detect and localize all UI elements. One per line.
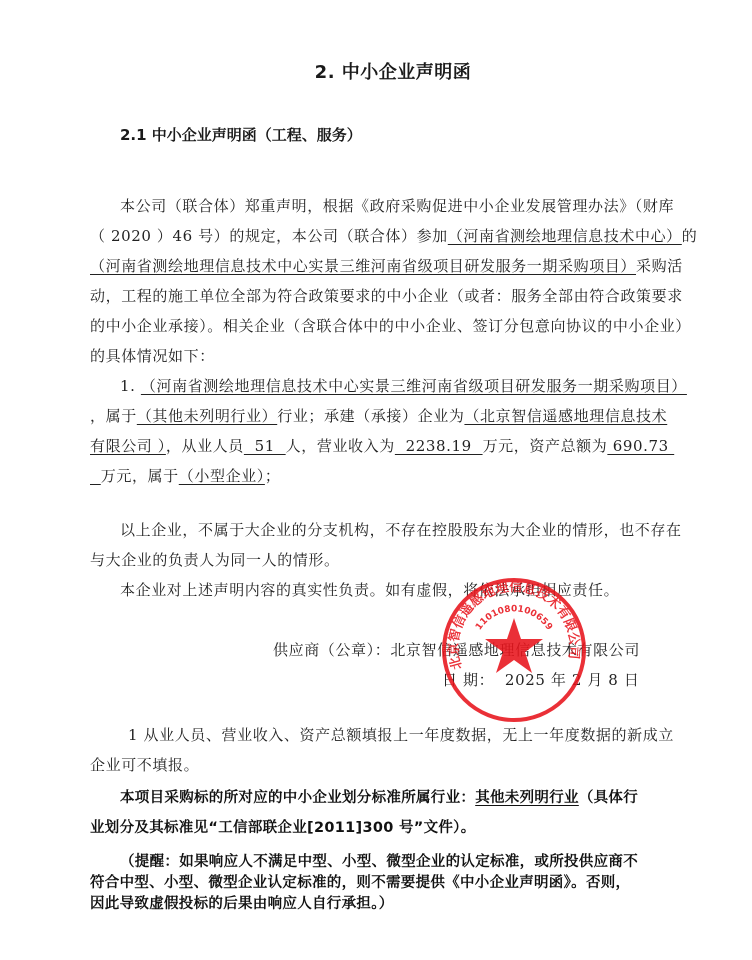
statement-line-1: 以上企业，不属于大企业的分支机构，不存在控股股东为大企业的情形，也不存在 — [120, 520, 682, 540]
assets-unit: 万元，属于 — [101, 467, 179, 485]
project-name: （河南省测绘地理信息技术中心实景三维河南省级项目研发服务一期采购项目） — [90, 257, 636, 275]
assets-value: 690.73 — [607, 437, 674, 455]
revenue-value: 2238.19 — [395, 437, 483, 455]
industry-note-pre: 本项目采购标的所对应的中小企业划分标准所属行业： — [120, 790, 475, 806]
section-heading: 2.1 中小企业声明函（工程、服务） — [120, 124, 362, 145]
assets-pad — [90, 467, 101, 485]
intro-line-2-post: 的 — [682, 227, 698, 245]
item-number: 1. — [120, 377, 136, 395]
footnote-line-1: 1 从业人员、营业收入、资产总额填报上一年度数据，无上一年度数据的新成立 — [128, 725, 674, 745]
staff-label: ，从业人员 — [166, 437, 244, 455]
intro-line-6: 的具体情况如下： — [90, 346, 215, 366]
industry-post: 行业；承建（承接）企业为 — [277, 407, 464, 425]
page-title: 2. 中小企业声明函 — [0, 58, 752, 84]
intro-line-3: （河南省测绘地理信息技术中心实景三维河南省级项目研发服务一期采购项目）采购活 — [90, 256, 683, 276]
item1-line-4: 万元，属于（小型企业）； — [90, 466, 280, 486]
statement-line-2: 与大企业的负责人为同一人的情形。 — [90, 550, 340, 570]
belongs-label: ，属于 — [90, 407, 137, 425]
industry-value: （其他未列明行业） — [137, 407, 277, 425]
item1-line-2: ，属于（其他未列明行业）行业；承建（承接）企业为（北京智信遥感地理信息技术 — [90, 406, 667, 426]
item1-line-3: 有限公司 ），从业人员 51 人，营业收入为 2238.19 万元，资产总额为 … — [90, 436, 674, 456]
intro-line-2: （ 2020 ）46 号）的规定，本公司（联合体）参加（河南省测绘地理信息技术中… — [90, 226, 697, 246]
reminder-line-1: （提醒：如果响应人不满足中型、小型、微型企业的认定标准，或所投供应商不 — [120, 850, 638, 871]
industry-note-line-2: 业划分及其标准见“工信部联企业[2011]300 号”文件）。 — [90, 816, 476, 837]
staff-count: 51 — [244, 437, 286, 455]
staff-unit: 人，营业收入为 — [286, 437, 395, 455]
footnote-line-2: 企业可不填报。 — [90, 755, 199, 775]
intro-line-1: 本公司（联合体）郑重声明，根据《政府采购促进中小企业发展管理办法》（财库 — [120, 196, 674, 216]
reminder-line-3: 因此导致虚假投标的后果由响应人自行承担。） — [90, 892, 394, 913]
purchaser-name: （河南省测绘地理信息技术中心） — [448, 227, 682, 245]
item-end: ； — [265, 467, 281, 485]
intro-line-5: 的中小企业承接）。相关企业（含联合体中的中小企业、签订分包意向协议的中小企业） — [90, 316, 691, 336]
company-name-part2: 有限公司 ） — [90, 437, 166, 455]
industry-note-industry: 其他未列明行业 — [475, 790, 579, 806]
document-page: 2. 中小企业声明函 2.1 中小企业声明函（工程、服务） 本公司（联合体）郑重… — [0, 0, 752, 960]
intro-line-3-post: 采购活 — [636, 257, 683, 275]
item-project-name: （河南省测绘地理信息技术中心实景三维河南省级项目研发服务一期采购项目） — [141, 377, 687, 395]
star-icon — [485, 618, 543, 673]
supplier-label: 供应商（公章）： — [273, 641, 390, 659]
reminder-line-2: 符合中型、小型、微型企业认定标准的，则不需要提供《中小企业声明函》。否则， — [90, 871, 630, 892]
company-name-part1: （北京智信遥感地理信息技术 — [464, 407, 667, 425]
enterprise-size: （小型企业） — [179, 467, 265, 485]
industry-note-post: （具体行 — [579, 790, 638, 806]
industry-note-line-1: 本项目采购标的所对应的中小企业划分标准所属行业：其他未列明行业（具体行 — [120, 786, 638, 807]
revenue-unit: 万元，资产总额为 — [483, 437, 608, 455]
item1-line-1: 1. （河南省测绘地理信息技术中心实景三维河南省级项目研发服务一期采购项目） — [120, 376, 687, 396]
company-seal-stamp: 北京智信遥感地理信息技术有限公司 1101080100659 — [440, 576, 588, 724]
intro-line-4: 动，工程的施工单位全部为符合政策要求的中小企业（或者：服务全部由符合政策要求 — [90, 286, 683, 306]
intro-line-2-pre: （ 2020 ）46 号）的规定，本公司（联合体）参加 — [90, 227, 448, 245]
